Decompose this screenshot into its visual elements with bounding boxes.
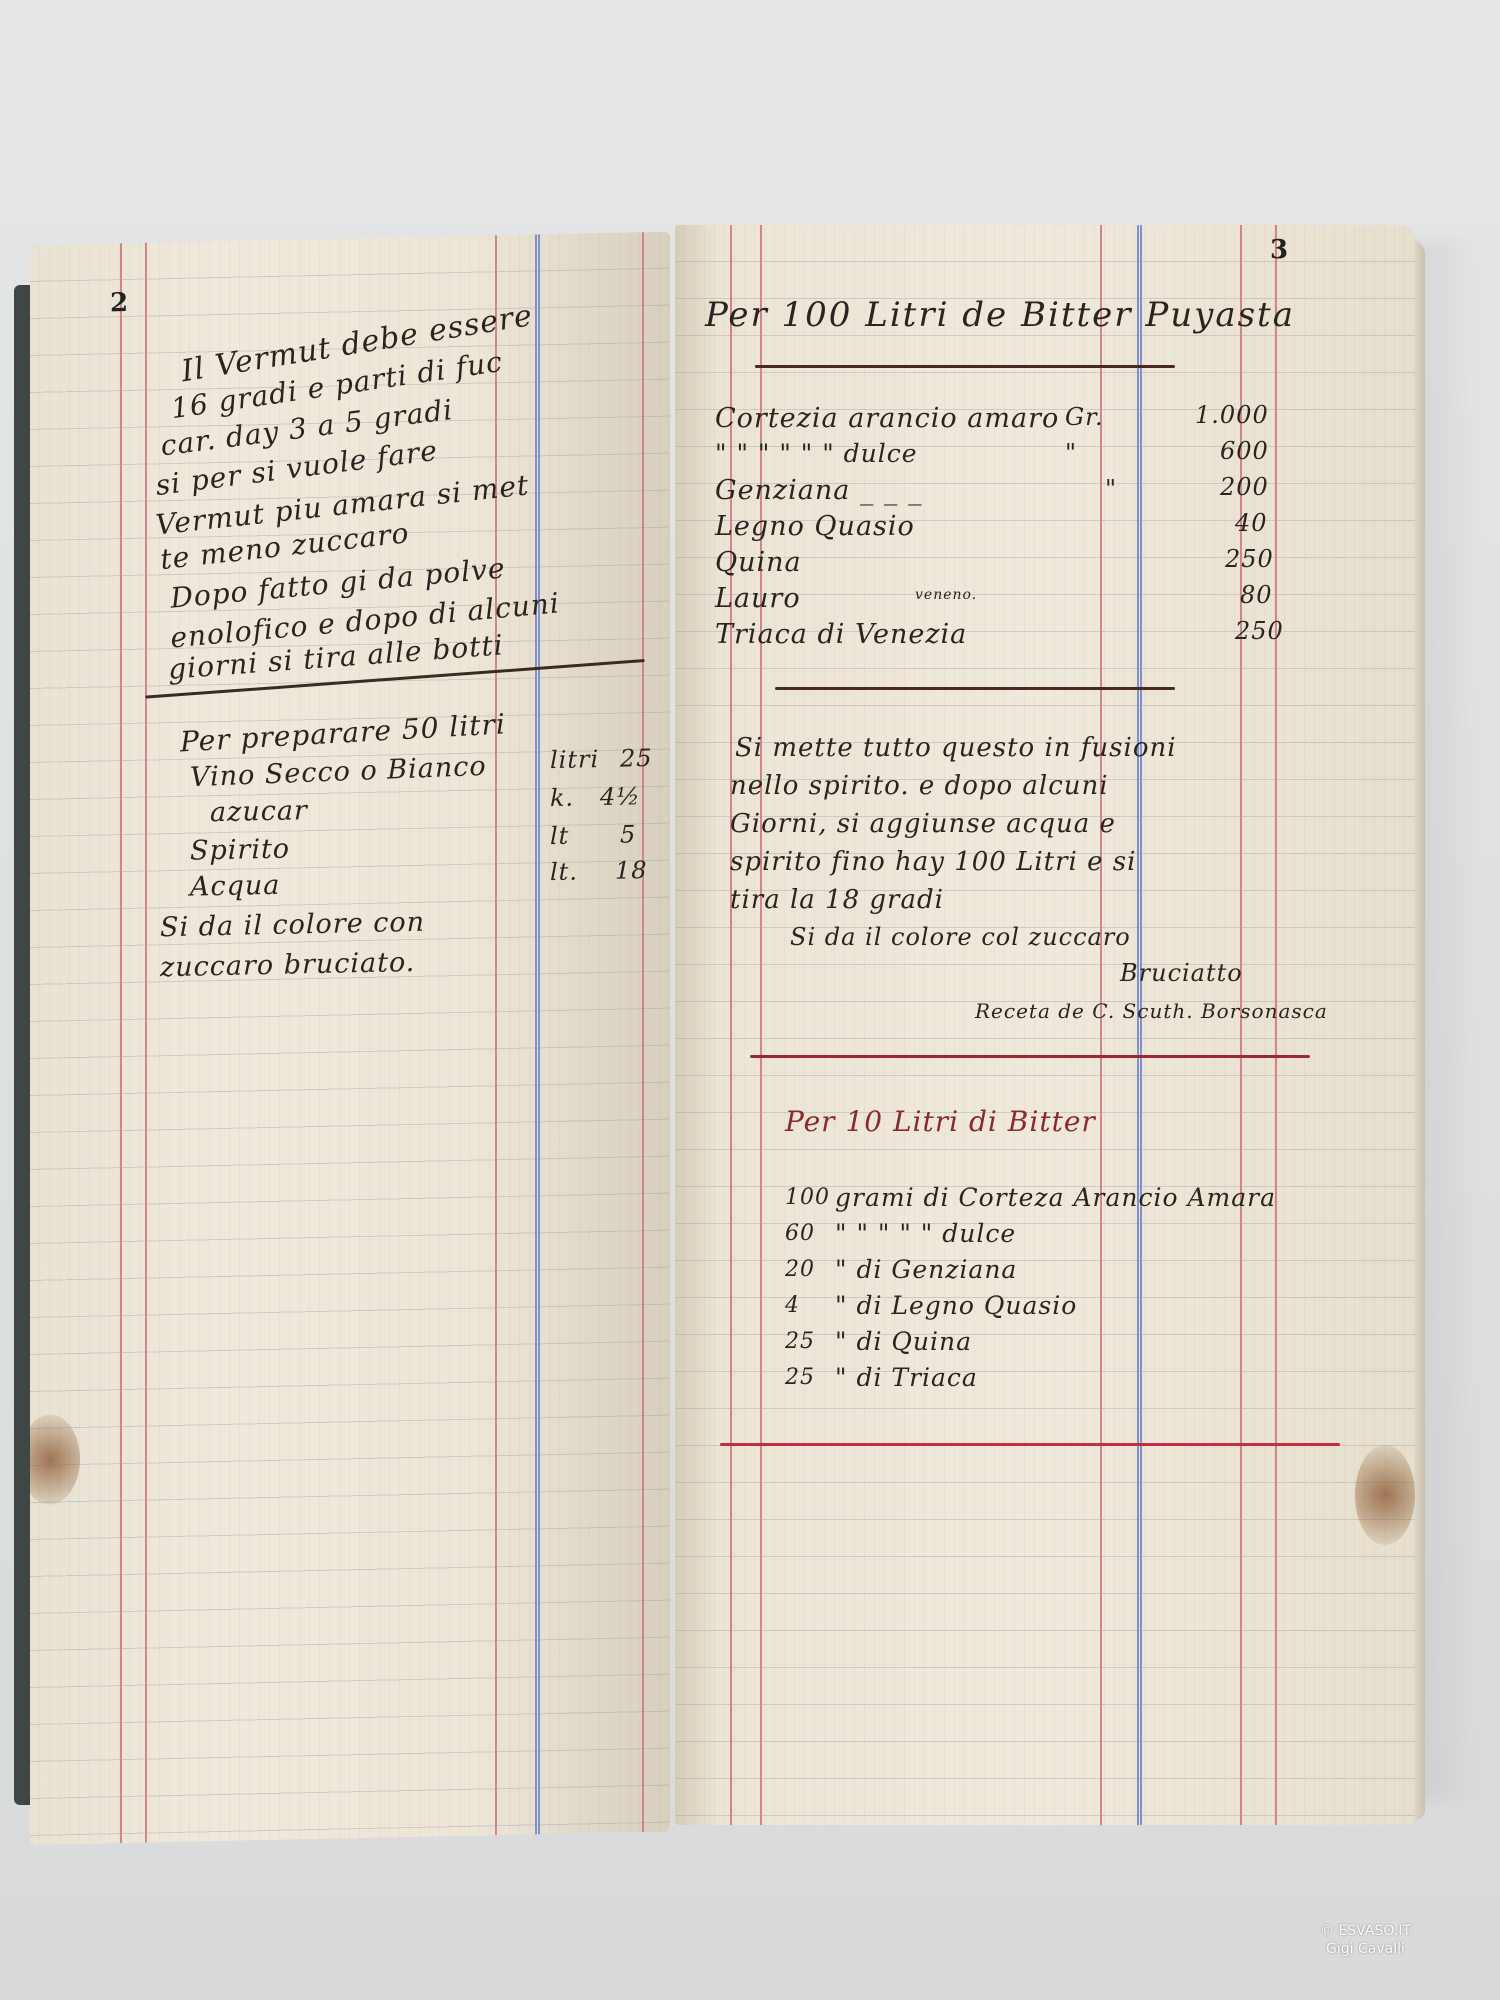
second-recipe-line: grami di Corteza Arancio Amara [835,1183,1276,1212]
ingredient-note: veneno. [915,587,977,603]
ingredient-qty: 600 [1220,437,1269,465]
ingredient-unit: lt. [550,858,578,887]
second-recipe-qty: 4 [785,1293,800,1318]
divider-rule-red [750,1055,1310,1058]
column-line [535,234,537,1834]
divider-rule-red [720,1443,1340,1446]
recipe-title: Per preparare 50 litri [180,707,507,758]
ingredient-unit: litri [550,745,599,774]
ingredient-name: Legno Quasio [715,511,915,542]
ingredient-qty: 18 [615,856,648,885]
second-recipe-line: " di Triaca [835,1363,978,1392]
second-recipe-qty: 60 [785,1221,815,1246]
column-line [538,234,540,1834]
water-stain [30,1414,80,1505]
ingredient-name: Quina [715,547,802,578]
ingredient-unit: " [1065,439,1077,467]
ingredient-name: Lauro [715,583,801,614]
ingredient-name: Acqua [190,870,280,903]
second-recipe-qty: 20 [785,1257,815,1282]
ingredient-qty: 80 [1240,581,1273,609]
second-recipe-qty: 100 [785,1185,830,1210]
ingredient-qty: 1.000 [1195,401,1269,429]
instruction-line: Si mette tutto questo in fusioni [735,733,1177,763]
ingredient-unit: lt [550,822,569,850]
second-recipe-line: " di Quina [835,1327,972,1356]
right-page: 3 Per 100 Litri de Bitter Puyasta Cortez… [675,225,1415,1825]
note-line: Si da il colore con [160,907,425,944]
ingredient-name: Spirito [190,834,290,867]
ingredient-unit: " [1105,475,1117,503]
ingredient-name: Genziana _ _ _ [715,475,923,506]
second-recipe-line: " di Legno Quasio [835,1291,1077,1320]
page-number: 3 [1270,235,1288,265]
ingredient-name: azucar [210,795,308,828]
water-stain [1355,1445,1415,1545]
margin-line [1100,225,1102,1825]
page-number: 2 [110,288,128,318]
instruction-line: tira la 18 gradi [730,885,944,915]
second-recipe-qty: 25 [785,1329,815,1354]
recipe-title: Per 100 Litri de Bitter Puyasta [705,295,1295,335]
watermark: © ESVASO.IT Gigi Cavalli [1320,1922,1411,1958]
ingredient-name: " " " " " " dulce [715,439,918,468]
left-page: 2 Il Vermut debe essere 16 gradi e parti… [30,232,670,1845]
divider-rule [775,687,1175,690]
margin-line [1240,225,1242,1825]
watermark-author: Gigi Cavalli [1320,1940,1411,1958]
ingredient-qty: 250 [1235,617,1284,645]
second-recipe-title: Per 10 Litri di Bitter [785,1105,1096,1138]
attribution: Receta de C. Scuth. Borsonasca [975,999,1328,1023]
ingredient-qty: 250 [1225,545,1274,573]
ingredient-name: Triaca di Venezia [715,619,967,650]
column-line [1140,225,1142,1825]
ingredient-name: Vino Secco o Bianco [190,751,487,793]
ingredient-name: Cortezia arancio amaro [715,403,1059,434]
second-recipe-line: " " " " " dulce [835,1219,1016,1248]
margin-line [145,243,147,1843]
second-recipe-qty: 25 [785,1365,815,1390]
watermark-copyright: © ESVASO.IT [1320,1922,1411,1940]
color-note-2: Bruciatto [1120,959,1243,987]
column-line [1137,225,1139,1825]
instruction-line: spirito fino hay 100 Litri e si [730,847,1136,877]
ingredient-qty: 25 [620,744,653,773]
note-line: zuccaro bruciato. [160,947,415,983]
color-note: Si da il colore col zuccaro [790,923,1131,951]
ingredient-qty: 200 [1220,473,1269,501]
margin-line [642,232,644,1832]
divider-rule [755,365,1175,368]
ingredient-qty: 4½ [600,782,641,811]
ingredient-qty: 40 [1235,509,1268,537]
ingredient-unit: k. [550,784,574,813]
ingredient-qty: 5 [620,820,636,848]
instruction-line: Giorni, si aggiunse acqua e [730,809,1116,839]
margin-line [1275,225,1277,1825]
margin-line [120,243,122,1843]
instruction-line: nello spirito. e dopo alcuni [730,771,1109,801]
second-recipe-line: " di Genziana [835,1255,1017,1284]
ingredient-unit: Gr. [1065,403,1104,431]
